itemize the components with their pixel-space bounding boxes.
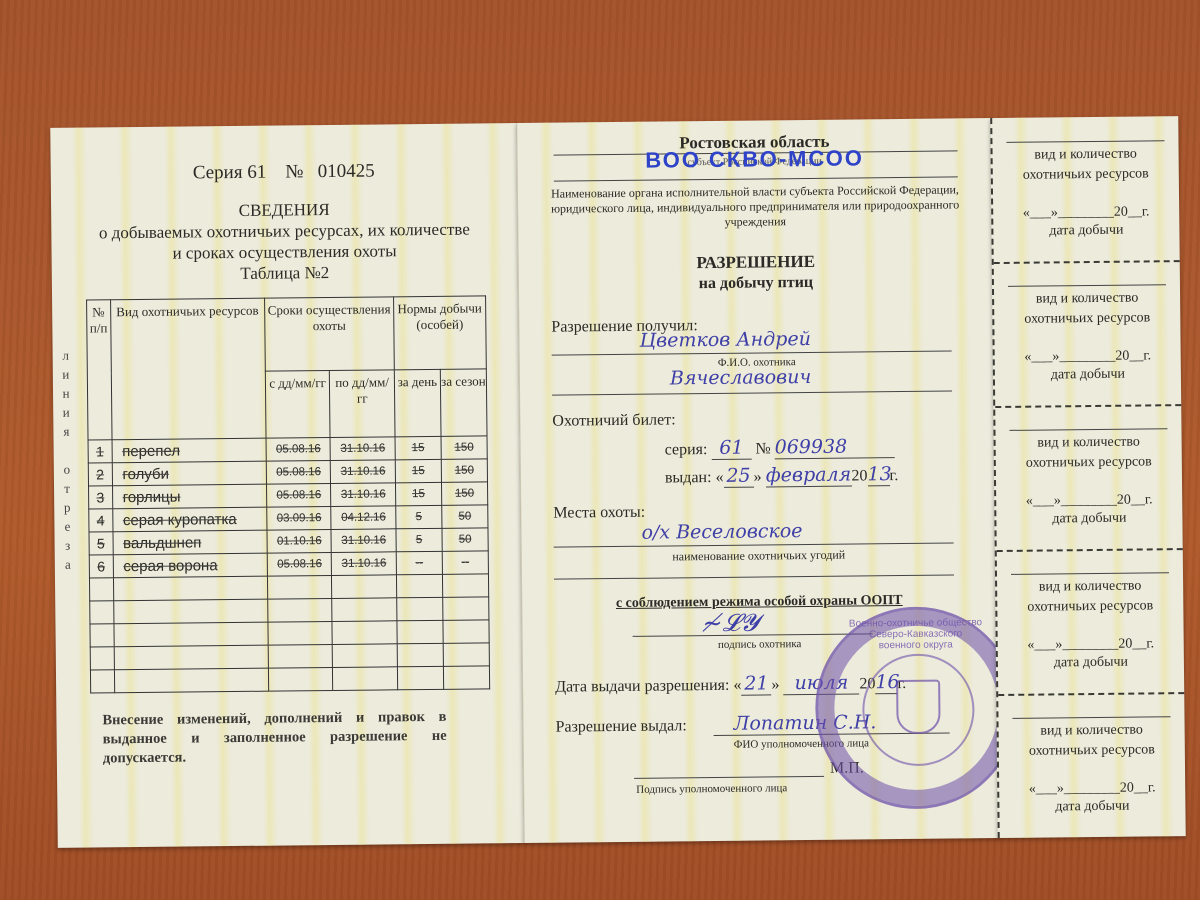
seal-shield-icon [896, 680, 941, 734]
cut-line-letter: а [61, 555, 75, 574]
col-num: № п/п [87, 300, 112, 440]
cell-empty[interactable] [443, 620, 489, 643]
cell-empty[interactable] [333, 644, 398, 668]
cell-num: 1 [88, 440, 112, 463]
cut-line-letter: т [60, 479, 74, 498]
hunting-permit-document: Серия 61 № 010425 СВЕДЕНИЯ о добываемых … [50, 116, 1183, 848]
cell-empty[interactable] [114, 645, 269, 670]
cell-per-season: 50 [442, 505, 488, 528]
ticket-number[interactable]: 069938 [775, 435, 895, 459]
cell-per-season: -- [442, 551, 488, 574]
cell-from: 03.09.16 [267, 506, 332, 530]
cell-per-season: 150 [441, 436, 487, 459]
col-period: Сроки осуществления охоты [265, 297, 395, 371]
cell-empty[interactable] [397, 643, 443, 666]
stub-entry-line[interactable] [1011, 572, 1169, 575]
cell-empty[interactable] [90, 670, 114, 693]
cell-empty[interactable] [333, 667, 398, 691]
stub-caption: вид и количествоохотничьих ресурсов [993, 144, 1179, 186]
col-to: по дд/мм/гг [330, 370, 395, 438]
cell-empty[interactable] [90, 624, 114, 647]
issued-day[interactable]: 25 [723, 465, 753, 488]
col-per-season: за сезон [440, 369, 487, 436]
organization-stamp: ВОО СКВО-МСОО [518, 144, 992, 175]
cell-from: 01.10.16 [267, 529, 332, 553]
cell-empty[interactable] [90, 601, 114, 624]
official-sign-caption: Подпись уполномоченного лица [636, 782, 787, 796]
stub-entry-line[interactable] [1009, 428, 1167, 431]
cell-empty[interactable] [268, 644, 333, 668]
stub-caption-line1: вид и количество [994, 288, 1180, 310]
tear-off-stub[interactable]: вид и количествоохотничьих ресурсов«___»… [994, 260, 1182, 408]
cell-per-season: 50 [442, 528, 488, 551]
stub-entry-line[interactable] [1006, 140, 1164, 143]
cell-to: 31.10.16 [331, 483, 396, 507]
cell-empty[interactable] [113, 576, 268, 601]
stub-caption-line2: охотничьих ресурсов [994, 308, 1180, 330]
cut-line-letter [60, 441, 74, 460]
cut-line-letter: о [60, 460, 74, 479]
table-heading: СВЕДЕНИЯ о добываемых охотничьих ресурса… [51, 197, 518, 286]
cell-empty[interactable] [113, 599, 268, 624]
col-species: Вид охотничьих ресурсов [110, 298, 266, 440]
ticket-series-row: серия: 61 № 069938 [665, 435, 895, 460]
cell-species: серая ворона [113, 553, 268, 578]
cut-line-letter: и [59, 403, 73, 422]
official-seal: Военно-охотничье общество Северо-Кавказс… [814, 606, 1018, 810]
hunting-resources-table: № п/п Вид охотничьих ресурсов Сроки осущ… [86, 295, 490, 693]
cell-to: 04.12.16 [331, 506, 396, 530]
cell-empty[interactable] [397, 597, 443, 620]
ticket-issued-row: выдан: «25» февраля2013г. [665, 463, 899, 488]
stub-date-caption: дата добычи [995, 366, 1181, 384]
issued-by-label: Разрешение выдал: [555, 717, 686, 736]
org-line [554, 176, 958, 181]
permit-subtitle: на добычу птиц [519, 272, 993, 295]
seal-text: Военно-охотничье общество Северо-Кавказс… [817, 617, 1013, 652]
stub-date-field[interactable]: «___»________20__г. [999, 780, 1185, 798]
issued-month[interactable]: февраля [765, 464, 851, 488]
cell-per-day: 5 [396, 528, 442, 551]
ticket-label: Охотничий билет: [552, 411, 675, 430]
cell-from: 05.08.16 [266, 437, 331, 461]
cell-empty[interactable] [332, 598, 397, 622]
table-row-empty [90, 666, 489, 693]
stub-caption-line1: вид и количество [993, 144, 1179, 166]
cell-empty[interactable] [90, 647, 114, 670]
col-norms: Нормы добычи (особей) [393, 296, 486, 370]
cell-num: 6 [89, 555, 113, 578]
permit-title: РАЗРЕШЕНИЕ [519, 250, 993, 275]
cell-species: горлицы [112, 484, 267, 509]
stub-caption: вид и количествоохотничьих ресурсов [994, 288, 1180, 330]
stub-caption: вид и количествоохотничьих ресурсов [997, 576, 1183, 618]
cut-line-letter: я [59, 422, 73, 441]
cell-empty[interactable] [268, 621, 333, 645]
cell-num: 2 [88, 463, 112, 486]
place-line-2 [554, 574, 954, 579]
tear-off-stub[interactable]: вид и количествоохотничьих ресурсов«___»… [992, 116, 1180, 264]
stub-entry-line[interactable] [1012, 716, 1170, 719]
stub-date-field[interactable]: «___»________20__г. [998, 636, 1184, 654]
issued-label: выдан: [665, 469, 712, 486]
cell-empty[interactable] [113, 622, 268, 647]
stub-date-field[interactable]: «___»________20__г. [993, 204, 1179, 222]
ticket-series[interactable]: 61 [711, 437, 751, 460]
org-caption: Наименование органа исполнительной власт… [548, 182, 962, 231]
series-number: Серия 61 № 010425 [51, 159, 517, 186]
cell-num: 4 [89, 509, 113, 532]
series-label: Серия 61 [193, 162, 267, 184]
stub-caption-line1: вид и количество [999, 720, 1185, 742]
issued-year-prefix: 20 [851, 467, 867, 484]
cell-per-day: 15 [395, 482, 441, 505]
cell-empty[interactable] [332, 575, 397, 599]
issued-year-suffix: г. [889, 467, 898, 484]
stub-caption: вид и количествоохотничьих ресурсов [996, 432, 1182, 474]
cell-empty[interactable] [332, 621, 397, 645]
places-label: Места охоты: [553, 504, 645, 523]
cell-to: 31.10.16 [331, 529, 396, 553]
stub-date-caption: дата добычи [999, 798, 1185, 816]
stub-caption-line2: охотничьих ресурсов [993, 164, 1179, 186]
no-changes-notice: Внесение изменений, дополнений и правок … [102, 708, 447, 769]
hunter-signature: ≁𝓛𝓨 [702, 609, 759, 638]
stub-entry-line[interactable] [1008, 284, 1166, 287]
issue-day[interactable]: 21 [741, 672, 771, 695]
cell-species: серая куропатка [112, 507, 267, 532]
cell-empty[interactable] [442, 574, 488, 597]
stub-date-field[interactable]: «___»________20__г. [995, 348, 1181, 366]
stub-caption-line2: охотничьих ресурсов [997, 596, 1183, 618]
right-page-tear-off-stubs: вид и количествоохотничьих ресурсов«___»… [990, 116, 1186, 838]
cell-per-day: 5 [396, 505, 442, 528]
left-page-hunting-table: Серия 61 № 010425 СВЕДЕНИЯ о добываемых … [50, 123, 524, 848]
cell-to: 31.10.16 [330, 437, 395, 461]
cell-empty[interactable] [267, 575, 332, 599]
cut-line-letter: н [59, 384, 73, 403]
tear-off-stub[interactable]: вид и количествоохотничьих ресурсов«___»… [997, 548, 1185, 696]
col-per-day: за день [394, 369, 441, 436]
cut-line-letter: р [60, 498, 74, 517]
cell-per-season: 150 [441, 459, 487, 482]
cut-line-letter: з [61, 536, 75, 555]
cell-from: 05.08.16 [267, 483, 332, 507]
stub-date-caption: дата добычи [998, 654, 1184, 672]
cut-line-letter: л [59, 346, 73, 365]
stub-date-field[interactable]: «___»________20__г. [996, 492, 1182, 510]
cell-empty[interactable] [89, 578, 113, 601]
cell-to: 31.10.16 [332, 552, 397, 576]
hunting-place[interactable]: о/х Веселовское [641, 520, 802, 544]
cell-empty[interactable] [443, 666, 489, 689]
ticket-series-label: серия: [665, 441, 708, 458]
cut-line-label: линия отреза [59, 346, 75, 574]
official-signature-line [634, 776, 824, 779]
cell-empty[interactable] [397, 620, 443, 643]
cell-empty[interactable] [396, 574, 442, 597]
cut-line-letter: е [60, 517, 74, 536]
col-from: с дд/мм/гг [265, 371, 330, 439]
stub-caption-line1: вид и количество [996, 432, 1182, 454]
table-label: Таблица №2 [52, 260, 518, 286]
stub-date-caption: дата добычи [996, 510, 1182, 528]
hunter-name-line2[interactable]: Вячеславович [670, 366, 812, 389]
cell-num: 3 [89, 486, 113, 509]
number-label: № [285, 161, 303, 182]
issue-date-label: Дата выдачи разрешения: [555, 677, 729, 696]
cell-empty[interactable] [268, 667, 333, 691]
issued-year[interactable]: 13 [867, 463, 889, 486]
cell-empty[interactable] [397, 666, 443, 689]
cut-line-letter: и [59, 365, 73, 384]
stub-caption: вид и количествоохотничьих ресурсов [999, 720, 1185, 762]
cell-per-day: -- [396, 551, 442, 574]
cell-to: 31.10.16 [331, 460, 396, 484]
cell-empty[interactable] [114, 668, 269, 693]
cell-per-day: 15 [395, 459, 441, 482]
cell-empty[interactable] [443, 643, 489, 666]
cell-species: перепел [112, 438, 267, 463]
cell-species: вальдшнеп [113, 530, 268, 555]
cell-per-day: 15 [395, 436, 441, 459]
cell-empty[interactable] [268, 598, 333, 622]
cell-from: 05.08.16 [266, 460, 331, 484]
middle-page-permit: Ростовская область субъект Российской Фе… [516, 118, 999, 843]
stub-caption-line2: охотничьих ресурсов [999, 740, 1185, 762]
hunter-name-line1[interactable]: Цветков Андрей [639, 328, 811, 352]
tear-off-stub[interactable]: вид и количествоохотничьих ресурсов«___»… [995, 404, 1183, 552]
hunter-name-line-2 [552, 390, 952, 395]
cell-empty[interactable] [443, 597, 489, 620]
cell-from: 05.08.16 [267, 552, 332, 576]
ticket-number-label: № [755, 440, 770, 457]
place-caption: наименование охотничьих угодий [522, 546, 996, 566]
stub-caption-line1: вид и количество [997, 576, 1183, 598]
cell-species: голуби [112, 461, 267, 486]
cell-num: 5 [89, 532, 113, 555]
number-value: 010425 [318, 161, 375, 183]
tear-off-stub[interactable]: вид и количествоохотничьих ресурсов«___»… [998, 692, 1185, 838]
stub-date-caption: дата добычи [993, 222, 1179, 240]
stub-caption-line2: охотничьих ресурсов [996, 452, 1182, 474]
cell-per-season: 150 [441, 482, 487, 505]
